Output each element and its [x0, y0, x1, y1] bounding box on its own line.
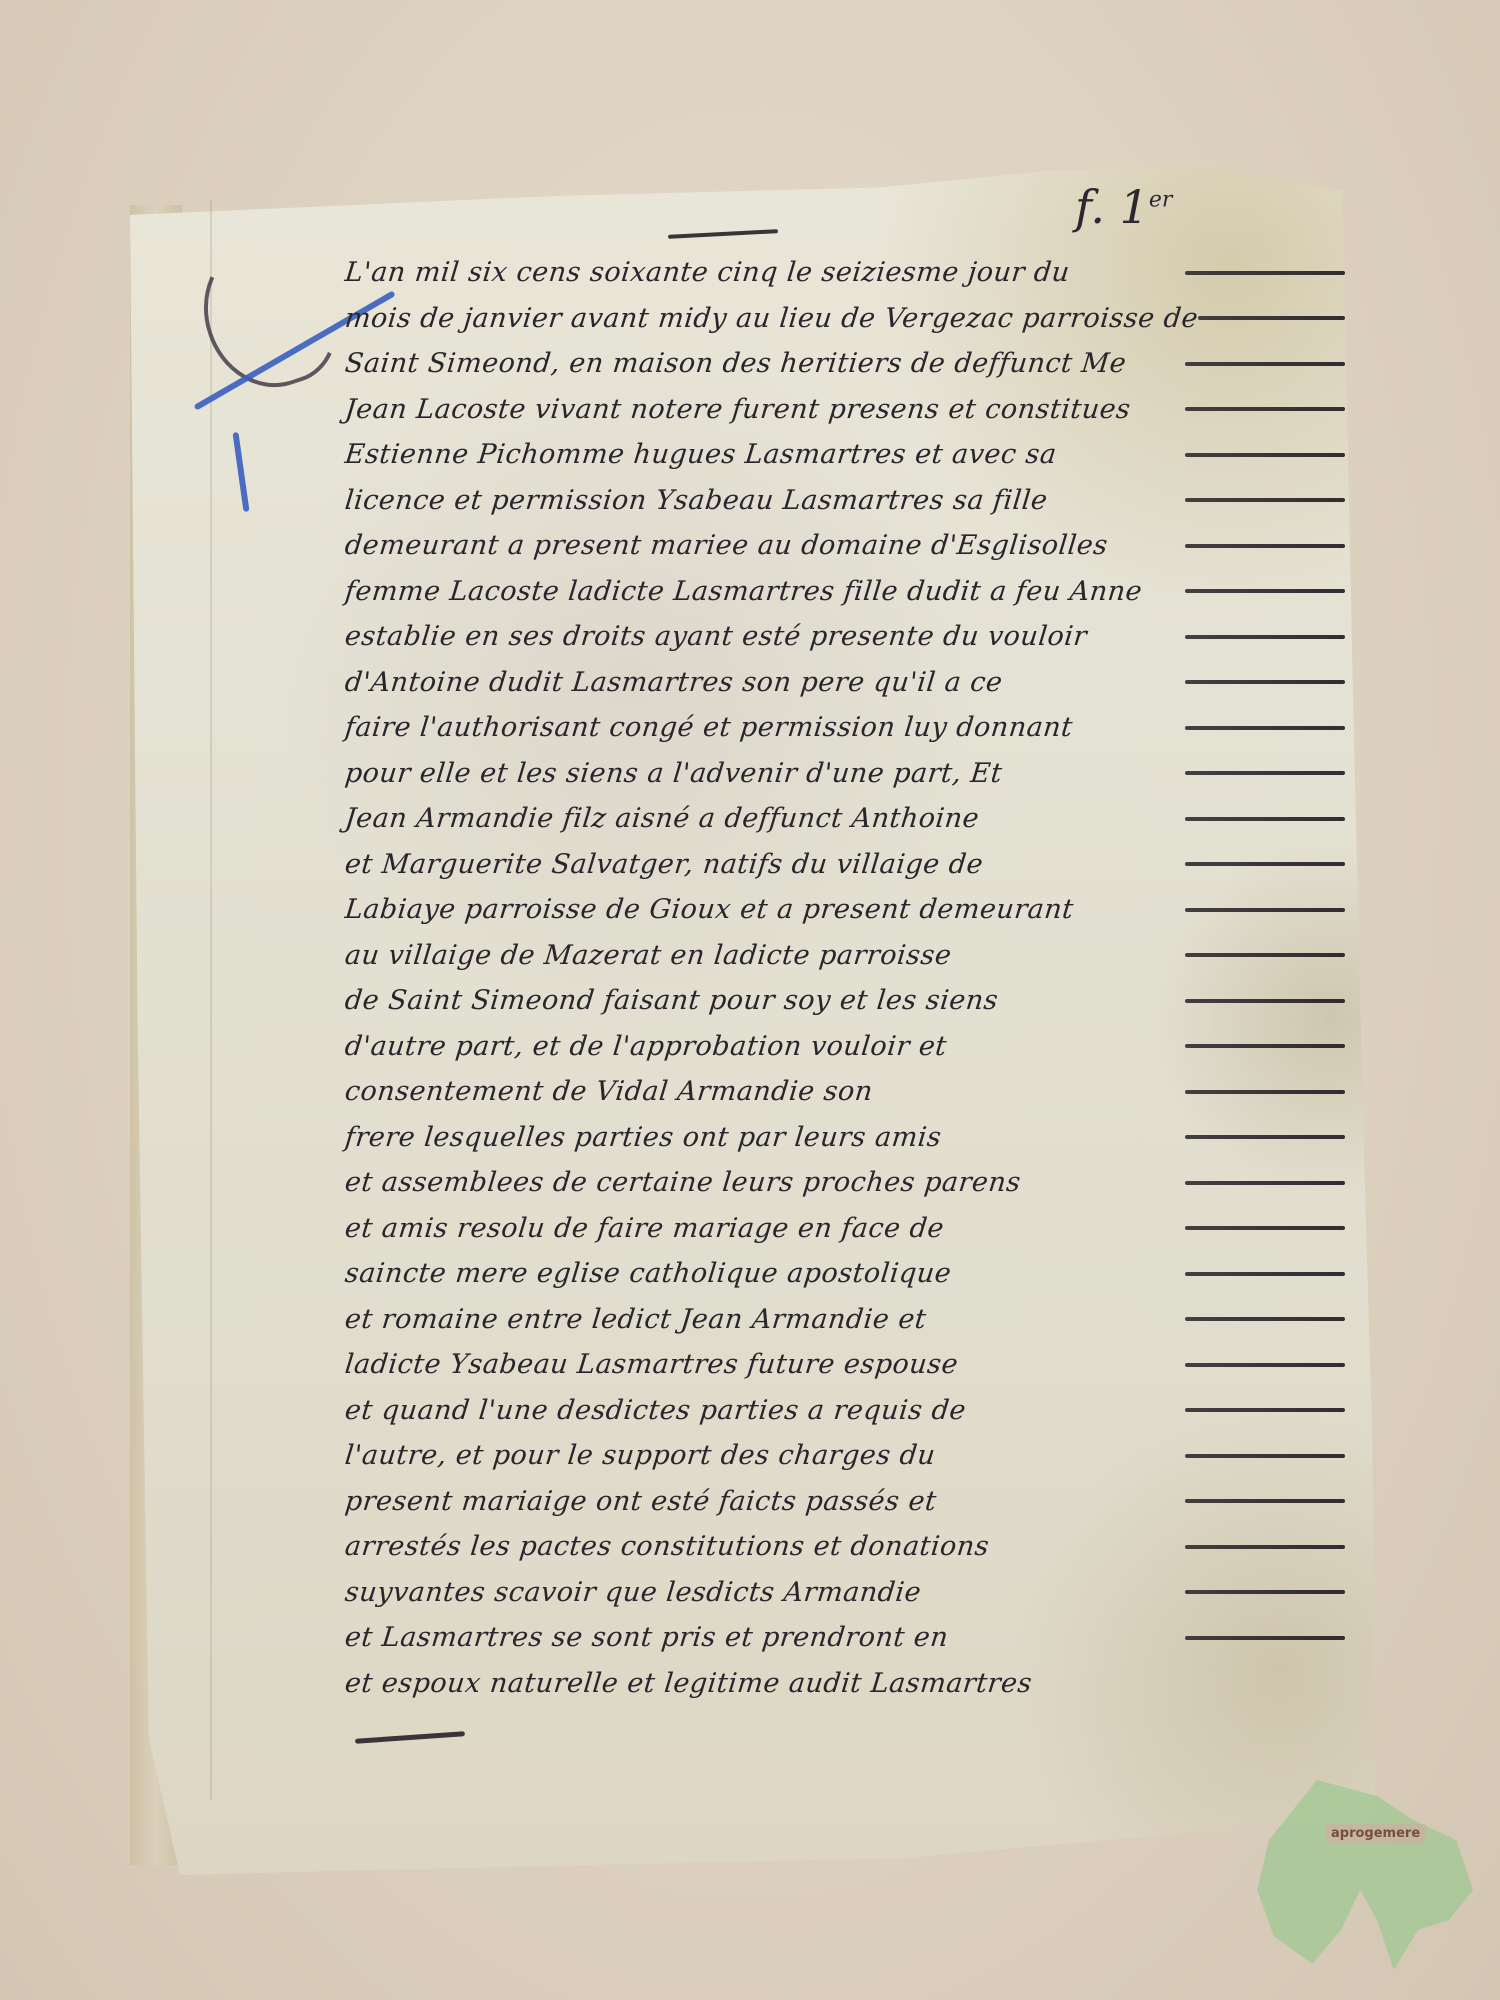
watermark-label: aprogemere: [1325, 1824, 1426, 1843]
line-filler-stroke: [1185, 544, 1345, 548]
manuscript-line: ladicte Ysabeau Lasmartres future espous…: [345, 1342, 1345, 1388]
line-text: et Lasmartres se sont pris et prendront …: [343, 1622, 950, 1653]
manuscript-line: et quand l'une desdictes parties a requi…: [345, 1388, 1345, 1434]
line-text: ladicte Ysabeau Lasmartres future espous…: [343, 1349, 959, 1380]
manuscript-line: demeurant a present mariee au domaine d'…: [345, 523, 1345, 569]
line-filler-stroke: [1198, 316, 1345, 320]
line-filler-stroke: [1185, 1454, 1345, 1458]
manuscript-line: et romaine entre ledict Jean Armandie et: [345, 1297, 1345, 1343]
line-text: et assemblees de certaine leurs proches …: [343, 1167, 1022, 1198]
manuscript-line: d'autre part, et de l'approbation vouloi…: [345, 1024, 1345, 1070]
line-text: l'autre, et pour le support des charges …: [343, 1440, 937, 1471]
line-filler-stroke: [1185, 1226, 1345, 1230]
manuscript-line: Jean Lacoste vivant notere furent presen…: [345, 387, 1345, 433]
manuscript-line: et amis resolu de faire mariage en face …: [345, 1206, 1345, 1252]
line-filler-stroke: [1185, 1317, 1345, 1321]
folio-number: f. 1er: [1075, 180, 1172, 234]
line-filler-stroke: [1185, 362, 1345, 366]
manuscript-line: L'an mil six cens soixante cinq le seizi…: [345, 250, 1345, 296]
line-filler-stroke: [1185, 1135, 1345, 1139]
line-text: et Marguerite Salvatger, natifs du villa…: [343, 849, 984, 880]
manuscript-line: et Lasmartres se sont pris et prendront …: [345, 1615, 1345, 1661]
manuscript-line: et espoux naturelle et legitime audit La…: [345, 1661, 1345, 1707]
manuscript-line: pour elle et les siens a l'advenir d'une…: [345, 751, 1345, 797]
line-filler-stroke: [1185, 1590, 1345, 1594]
manuscript-line: consentement de Vidal Armandie son: [345, 1069, 1345, 1115]
line-text: et amis resolu de faire mariage en face …: [343, 1213, 945, 1244]
line-filler-stroke: [1185, 498, 1345, 502]
manuscript-line: saincte mere eglise catholique apostoliq…: [345, 1251, 1345, 1297]
line-text: saincte mere eglise catholique apostoliq…: [343, 1258, 953, 1289]
line-text: et quand l'une desdictes parties a requi…: [343, 1395, 967, 1426]
line-text: demeurant a present mariee au domaine d'…: [343, 530, 1109, 561]
line-text: present mariaige ont esté faicts passés …: [343, 1486, 938, 1517]
manuscript-line: Saint Simeond, en maison des heritiers d…: [345, 341, 1345, 387]
line-filler-stroke: [1185, 771, 1345, 775]
line-filler-stroke: [1185, 589, 1345, 593]
manuscript-line: Jean Armandie filz aisné a deffunct Anth…: [345, 796, 1345, 842]
manuscript-line: licence et permission Ysabeau Lasmartres…: [345, 478, 1345, 524]
manuscript-line: arrestés les pactes constitutions et don…: [345, 1524, 1345, 1570]
manuscript-line: et Marguerite Salvatger, natifs du villa…: [345, 842, 1345, 888]
line-text: de Saint Simeond faisant pour soy et les…: [343, 985, 999, 1016]
manuscript-line: de Saint Simeond faisant pour soy et les…: [345, 978, 1345, 1024]
line-filler-stroke: [1185, 817, 1345, 821]
line-text: mois de janvier avant midy au lieu de Ve…: [343, 303, 1199, 334]
line-filler-stroke: [1185, 1272, 1345, 1276]
line-text: et espoux naturelle et legitime audit La…: [343, 1668, 1033, 1699]
line-filler-stroke: [1185, 680, 1345, 684]
line-text: Labiaye parroisse de Gioux et a present …: [343, 894, 1075, 925]
line-text: pour elle et les siens a l'advenir d'une…: [343, 758, 1004, 789]
manuscript-line: femme Lacoste ladicte Lasmartres fille d…: [345, 569, 1345, 615]
manuscript-line: suyvantes scavoir que lesdicts Armandie: [345, 1570, 1345, 1616]
line-text: femme Lacoste ladicte Lasmartres fille d…: [343, 576, 1143, 607]
line-filler-stroke: [1185, 726, 1345, 730]
manuscript-line: Estienne Pichomme hugues Lasmartres et a…: [345, 432, 1345, 478]
line-text: au villaige de Mazerat en ladicte parroi…: [343, 940, 953, 971]
line-filler-stroke: [1185, 635, 1345, 639]
line-text: licence et permission Ysabeau Lasmartres…: [343, 485, 1049, 516]
manuscript-line: frere lesquelles parties ont par leurs a…: [345, 1115, 1345, 1161]
line-filler-stroke: [1185, 1090, 1345, 1094]
manuscript-line: establie en ses droits ayant esté presen…: [345, 614, 1345, 660]
line-text: d'Antoine dudit Lasmartres son pere qu'i…: [343, 667, 1004, 698]
line-filler-stroke: [1185, 1363, 1345, 1367]
line-text: arrestés les pactes constitutions et don…: [343, 1531, 990, 1562]
line-filler-stroke: [1185, 953, 1345, 957]
line-filler-stroke: [1185, 999, 1345, 1003]
line-filler-stroke: [1185, 1181, 1345, 1185]
line-filler-stroke: [1185, 271, 1345, 275]
line-filler-stroke: [1185, 1408, 1345, 1412]
line-filler-stroke: [1185, 908, 1345, 912]
line-filler-stroke: [1185, 453, 1345, 457]
manuscript-line: mois de janvier avant midy au lieu de Ve…: [345, 296, 1345, 342]
manuscript-line: au villaige de Mazerat en ladicte parroi…: [345, 933, 1345, 979]
line-text: establie en ses droits ayant esté presen…: [343, 621, 1088, 652]
line-text: d'autre part, et de l'approbation vouloi…: [343, 1031, 948, 1062]
line-filler-stroke: [1185, 1636, 1345, 1640]
line-text: Jean Lacoste vivant notere furent presen…: [343, 394, 1132, 425]
line-filler-stroke: [1185, 862, 1345, 866]
line-filler-stroke: [1185, 1545, 1345, 1549]
margin-ruling: [210, 200, 212, 1800]
manuscript-line: Labiaye parroisse de Gioux et a present …: [345, 887, 1345, 933]
line-text: frere lesquelles parties ont par leurs a…: [343, 1122, 943, 1153]
manuscript-line: faire l'authorisant congé et permission …: [345, 705, 1345, 751]
line-text: L'an mil six cens soixante cinq le seizi…: [343, 257, 1071, 288]
line-text: Jean Armandie filz aisné a deffunct Anth…: [343, 803, 980, 834]
line-text: Estienne Pichomme hugues Lasmartres et a…: [343, 439, 1058, 470]
line-filler-stroke: [1185, 1044, 1345, 1048]
line-filler-stroke: [1185, 407, 1345, 411]
line-text: Saint Simeond, en maison des heritiers d…: [343, 348, 1127, 379]
line-text: faire l'authorisant congé et permission …: [343, 712, 1074, 743]
manuscript-line: present mariaige ont esté faicts passés …: [345, 1479, 1345, 1525]
manuscript-line: d'Antoine dudit Lasmartres son pere qu'i…: [345, 660, 1345, 706]
line-filler-stroke: [1185, 1499, 1345, 1503]
line-text: consentement de Vidal Armandie son: [343, 1076, 874, 1107]
manuscript-line: et assemblees de certaine leurs proches …: [345, 1160, 1345, 1206]
line-text: et romaine entre ledict Jean Armandie et: [343, 1304, 928, 1335]
manuscript-text: L'an mil six cens soixante cinq le seizi…: [345, 250, 1345, 1706]
line-text: suyvantes scavoir que lesdicts Armandie: [343, 1577, 922, 1608]
manuscript-line: l'autre, et pour le support des charges …: [345, 1433, 1345, 1479]
